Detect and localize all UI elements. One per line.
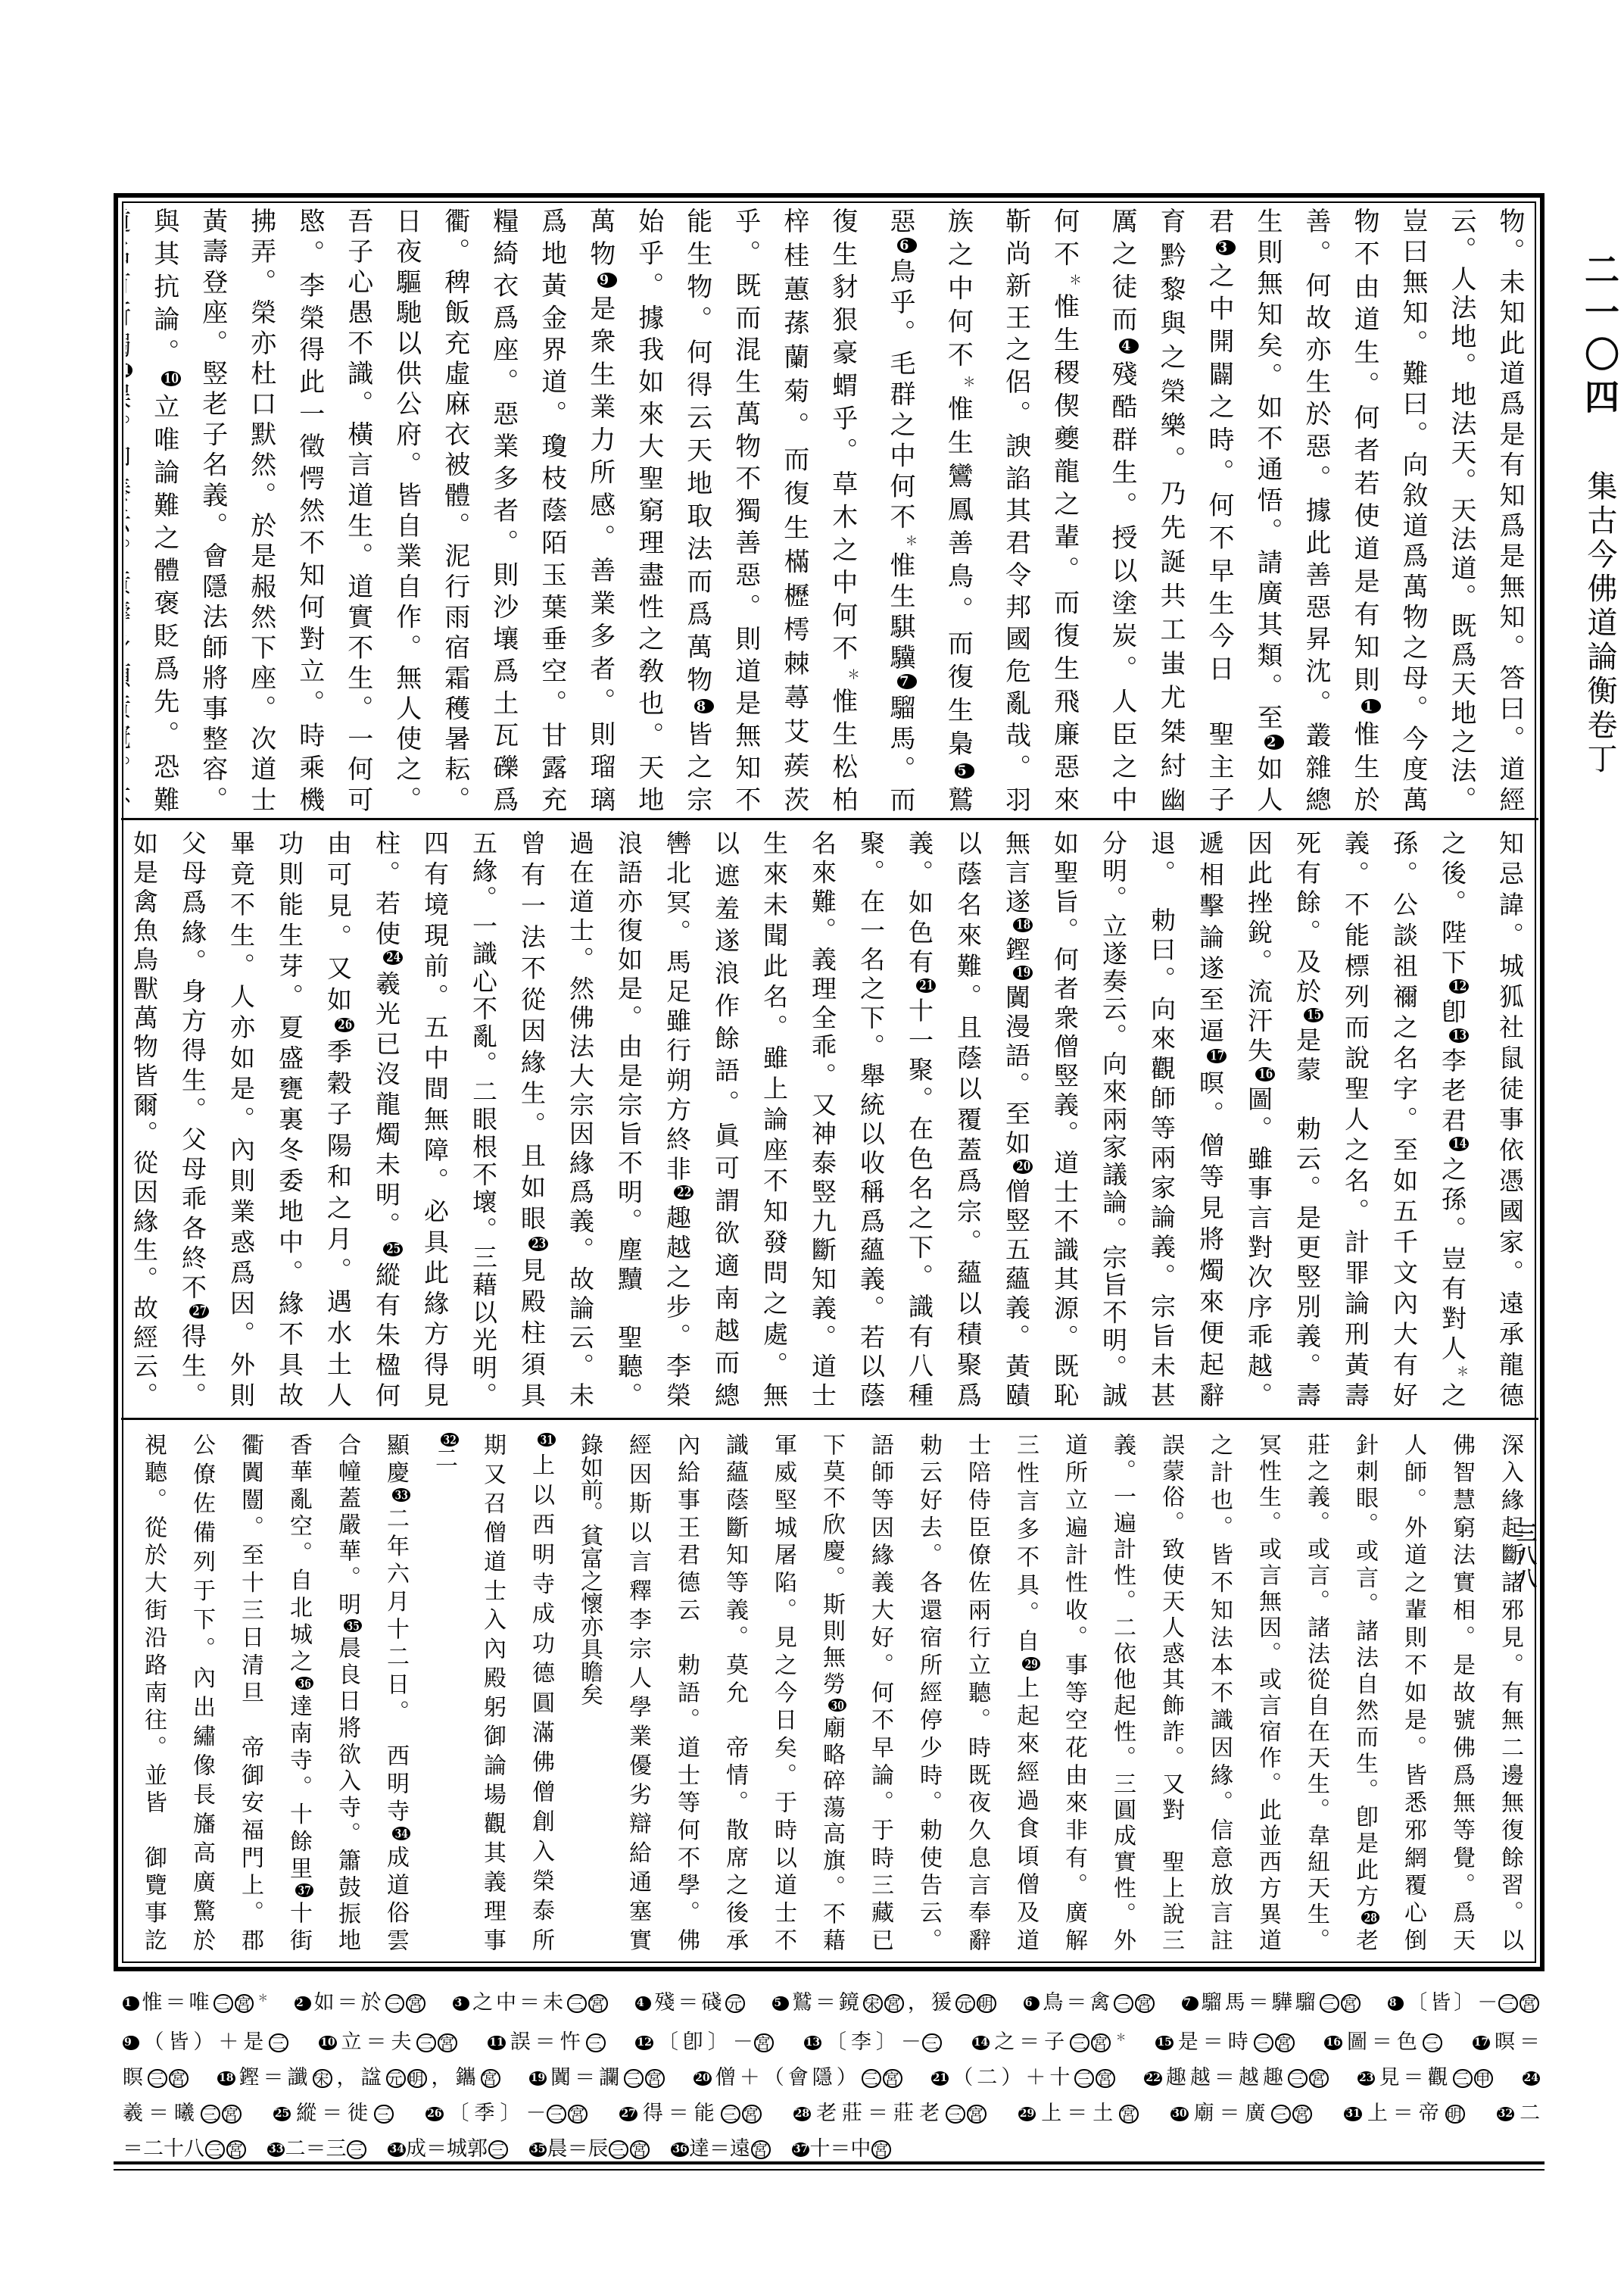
footnote-marker: 15 bbox=[1155, 2036, 1174, 2051]
edition-siglum: 宮 bbox=[222, 2105, 242, 2124]
edition-siglum: 三 bbox=[624, 2069, 644, 2089]
text-column: 顯慶33二年六月十二日。 西明寺34成道俗雲 bbox=[371, 1433, 419, 1951]
text-column: 爲地黃金界道。瓊枝蔭陌玉葉垂空。甘露充 bbox=[528, 208, 576, 812]
footnote-marker: 37 bbox=[792, 2142, 810, 2158]
edition-siglum: 明 bbox=[977, 1994, 996, 2014]
text-column: 經因斯以言釋李宗人學業優劣辯給通塞實 bbox=[613, 1433, 662, 1951]
bottom-rule-inner bbox=[114, 2169, 1545, 2171]
footnote-marker: 23 bbox=[1357, 2071, 1376, 2086]
edition-siglum: 三 bbox=[946, 2105, 965, 2124]
text-column: 復生豺狠豪蝟乎。草木之中何不＊惟生松柏 bbox=[818, 208, 876, 812]
text-column: 聚。在一名之下。舉統以收稱爲蘊義。若以蔭 bbox=[846, 830, 895, 1407]
edition-siglum: 三 bbox=[1114, 1994, 1133, 2014]
footnote-marker: 12 bbox=[635, 2036, 653, 2051]
text-column: 曾有一法不從因緣生。且如眼23見殿柱須具 bbox=[507, 830, 556, 1407]
text-column: 冥性生。或言無因。或言宿作。此並西方異道 bbox=[1243, 1433, 1292, 1951]
edition-siglum: 甲 bbox=[1474, 2069, 1494, 2089]
footnote-line: 9（皆）＋是三 10立＝夫三宮 11誤＝忤三 12〔卽〕－宮 13〔李〕－三 1… bbox=[123, 2021, 1540, 2060]
text-column: 深入緣起斷諸邪見。有無二邊無復餘習。以 bbox=[1485, 1433, 1534, 1951]
text-column: 柱。若使24羲光已沒龍燭未明。25縱有朱楹何 bbox=[362, 830, 410, 1407]
footnote-marker: 36 bbox=[671, 2142, 689, 2158]
text-column: 日夜驅馳以供公府。皆自業自作。無人使之。 bbox=[382, 208, 431, 812]
text-column: 以蔭名來難。且蔭以覆蓋爲宗。蘊以積聚爲 bbox=[943, 830, 992, 1407]
edition-siglum: 三 bbox=[205, 2140, 225, 2160]
text-column: 物不由道生。何者若使道是有知則1惟生於 bbox=[1340, 208, 1389, 812]
edition-siglum: 三 bbox=[1074, 2069, 1094, 2089]
edition-siglum: 三 bbox=[214, 1994, 233, 2014]
edition-siglum: 三 bbox=[1423, 2033, 1442, 2053]
edition-siglum: 宮 bbox=[1135, 1994, 1155, 2014]
edition-siglum: 宮 bbox=[169, 2069, 189, 2089]
text-column: 31上以西明寺成功德圓滿佛僧創入榮泰所 bbox=[516, 1433, 565, 1951]
register-middle: 知忌諱。城狐社鼠徒事依憑國家。遠承龍德之後。陛下12卽13李老君14之孫。豈有對… bbox=[126, 830, 1534, 1407]
footnote-marker: 22 bbox=[1144, 2071, 1162, 2086]
footnote-marker: 8 bbox=[1388, 1996, 1404, 2011]
text-column: 能生物。何得云天地取法而爲萬物8皆之宗 bbox=[673, 208, 722, 812]
edition-siglum: 三 bbox=[488, 2140, 508, 2160]
footnote-marker: 29 bbox=[1022, 1657, 1040, 1671]
footnotes: 1惟＝唯三宮＊ 2如＝於三宮 3之中＝未三宮 4殘＝碊元 5鷲＝鏡宋宮，猨元明 … bbox=[123, 1981, 1540, 2167]
text-column: 誤蒙俗。致使天人惑其飾詐。又對 聖上說三 bbox=[1146, 1433, 1195, 1951]
asterisk-mark: ＊ bbox=[960, 375, 975, 395]
footnote-marker: 31 bbox=[1344, 2107, 1362, 2122]
text-column: 功則能生芽。夏盛甕裏冬委地中。緣不具故 bbox=[265, 830, 313, 1407]
edition-siglum: 三 bbox=[269, 2033, 288, 2053]
footnote-marker: 21 bbox=[931, 2071, 949, 2086]
footnote-marker: 27 bbox=[619, 2107, 637, 2122]
text-column: 知忌諱。城狐社鼠徒事依憑國家。遠承龍德 bbox=[1485, 830, 1534, 1407]
footnote-marker: 9 bbox=[123, 2036, 139, 2051]
text-column: 分明。立遂奏云。向來兩家議論。宗旨不明。誠 bbox=[1089, 830, 1137, 1407]
text-column: 義。如色有21十一聚。在色名之下。識有八種 bbox=[895, 830, 943, 1407]
footnote-marker: 31 bbox=[538, 1433, 556, 1447]
footnote-marker: 14 bbox=[972, 2036, 990, 2051]
edition-siglum: 三 bbox=[547, 2105, 566, 2124]
edition-siglum: 宮 bbox=[742, 2105, 762, 2124]
text-column: 轡北冥。馬足雖行朔方終非22趣越之步。李榮 bbox=[653, 830, 701, 1407]
footnote-marker: 27 bbox=[189, 1304, 208, 1319]
text-column: 何不＊惟生稷偰夔龍之輩。而復生飛廉惡來 bbox=[1040, 208, 1098, 812]
edition-siglum: 宮 bbox=[481, 2069, 500, 2089]
edition-siglum: 三 bbox=[1254, 2033, 1273, 2053]
asterisk-mark: ＊ bbox=[1454, 1365, 1469, 1382]
footnote-marker: 32 bbox=[1497, 2107, 1515, 2122]
text-column: 拂弄。榮亦杜口默然。於是赧然下座。次道士 bbox=[237, 208, 285, 812]
edition-siglum: 三 bbox=[862, 2069, 881, 2089]
edition-siglum: 三 bbox=[1320, 1994, 1339, 2014]
edition-siglum: 宮 bbox=[1520, 1994, 1539, 2014]
text-column: 道所立遍計性收。事等空花由來非有。廣解 bbox=[1049, 1433, 1098, 1951]
footnote-marker: 1 bbox=[123, 1996, 139, 2011]
text-column: 義。一遍計性。二依他起性。三圓成實性。外 bbox=[1098, 1433, 1146, 1951]
text-column: 之計也。皆不知法本不識因緣。信意放言註 bbox=[1195, 1433, 1243, 1951]
text-column: 視聽。從於大街沿路南往。並皆 御覽事訖 bbox=[129, 1433, 177, 1951]
footnote-marker: 28 bbox=[793, 2107, 812, 2122]
folio-number: 三八八 bbox=[1510, 1522, 1539, 1590]
edition-siglum: 宮 bbox=[568, 2105, 588, 2124]
edition-siglum: 元 bbox=[725, 1994, 745, 2014]
edition-siglum: 宮 bbox=[235, 1994, 254, 2014]
edition-siglum: 元 bbox=[955, 1994, 975, 2014]
text-column: 孫。公談祖禰之名字。至如五千文內大有好 bbox=[1379, 830, 1428, 1407]
edition-siglum: 宮 bbox=[226, 2140, 246, 2160]
text-column: 軍威堅城屠陷。見之今日矣。于時以道士不 bbox=[759, 1433, 807, 1951]
footnote-marker: 23 bbox=[528, 1237, 547, 1251]
footnote-marker: 30 bbox=[828, 1699, 846, 1712]
footnote-marker: 24 bbox=[1523, 2071, 1541, 2086]
text-column: 過在道士。然佛法大宗因緣爲義。故論云。未 bbox=[556, 830, 604, 1407]
text-column: 名來難。義理全乖。又神泰竪九斷知義。道士 bbox=[798, 830, 846, 1407]
footnote-marker: 18 bbox=[1013, 918, 1032, 932]
text-column: 期又召僧道士入內殿躬御論場觀其義理事 bbox=[468, 1433, 516, 1951]
edition-siglum: 宮 bbox=[883, 2069, 902, 2089]
footnote-marker: 2 bbox=[295, 1996, 311, 2011]
text-column: 退。 勅曰。向來觀師等兩家論義。宗旨未甚 bbox=[1137, 830, 1186, 1407]
text-column: 族之中何不＊惟生鸞鳳善鳥。而復生梟5鷲 bbox=[934, 208, 991, 812]
asterisk-mark: ＊ bbox=[1111, 2032, 1130, 2044]
footnote-marker: 6 bbox=[1024, 1996, 1040, 2011]
text-number: 二一〇四 bbox=[1579, 251, 1620, 421]
footnote-line: 瞑三宮 18鏗＝讖宋，諡元明，鑴宮 19闐＝讕三宮 20僧＋（會隱）三宮 21（… bbox=[123, 2060, 1540, 2096]
footnote-marker: 4 bbox=[635, 1996, 652, 2011]
edition-siglum: 宮 bbox=[1309, 2069, 1329, 2089]
text-column: 衢闐闓。至十三日清旦 帝御安福門上。郡 bbox=[226, 1433, 274, 1951]
footnote-marker: 11 bbox=[126, 363, 132, 378]
text-column: 義。不能標列而說聖人之名。計罪論刑黃壽 bbox=[1331, 830, 1379, 1407]
footnote-marker: 10 bbox=[319, 2036, 337, 2051]
edition-siglum: 宮 bbox=[967, 2105, 987, 2124]
text-column: 善。何故亦生於惡。據此善惡昇沈。叢雜總 bbox=[1292, 208, 1340, 812]
text-column: 語師等因緣義大好。何不早論。于時三藏已 bbox=[856, 1433, 904, 1951]
footnote-marker: 2 bbox=[1264, 735, 1284, 750]
text-column: 乎。既而混生萬物不獨善惡。則道是無知不 bbox=[722, 208, 770, 812]
footnote-line: 1惟＝唯三宮＊ 2如＝於三宮 3之中＝未三宮 4殘＝碊元 5鷲＝鏡宋宮，猨元明 … bbox=[123, 1981, 1540, 2021]
text-column: 三性言多不具。自29上起來經過食頃僧及道 bbox=[1001, 1433, 1049, 1951]
footnote-marker: 32 bbox=[441, 1433, 459, 1447]
text-column: 惡6鳥乎。毛群之中何不＊惟生騏驥7騮馬。而 bbox=[876, 208, 934, 812]
edition-siglum: 明 bbox=[407, 2069, 427, 2089]
edition-siglum: 三 bbox=[609, 2140, 628, 2160]
edition-siglum: 明 bbox=[1445, 2105, 1465, 2124]
edition-siglum: 三 bbox=[1453, 2069, 1473, 2089]
edition-siglum: 三 bbox=[416, 2033, 436, 2053]
edition-siglum: 元 bbox=[386, 2069, 406, 2089]
footnote-marker: 33 bbox=[267, 2142, 285, 2158]
footnote-marker: 11 bbox=[488, 2036, 506, 2051]
text-column: 下莫不欣慶。斯則無勞30廟略碎蕩高旗。不藉 bbox=[807, 1433, 856, 1951]
edition-siglum: 三 bbox=[1271, 2105, 1291, 2124]
footnote-marker: 28 bbox=[1361, 1911, 1379, 1924]
text-column: 遞相擊論遂至逼17暝。僧等見將燭來便起辭 bbox=[1186, 830, 1234, 1407]
text-column: 浪語亦復如是。由是宗旨不明。塵黷 聖聽。 bbox=[604, 830, 653, 1407]
text-column: 梓桂蕙蓀蘭菊。而復生樠櫪樗棘蕁艾蒺茨 bbox=[770, 208, 818, 812]
edition-siglum: 宮 bbox=[630, 2140, 650, 2160]
text-column: 合幢蓋嚴華。明35晨良日將欲入寺。簫鼓振地 bbox=[323, 1433, 371, 1951]
footnote-marker: 5 bbox=[955, 763, 974, 779]
edition-siglum: 宮 bbox=[1091, 2033, 1111, 2053]
footnote-marker: 3 bbox=[453, 1996, 469, 2011]
footnote-marker: 17 bbox=[1207, 1049, 1226, 1063]
footnote-marker: 1 bbox=[1361, 699, 1381, 714]
text-column: 士陪侍臣僚佐兩行立聽。時既夜久息言奉辭 bbox=[952, 1433, 1001, 1951]
edition-siglum: 三 bbox=[567, 1994, 587, 2014]
edition-siglum: 宋 bbox=[863, 1994, 883, 2014]
footnote-marker: 16 bbox=[1255, 1067, 1274, 1081]
footnote-marker: 8 bbox=[694, 699, 714, 714]
asterisk-mark: ＊ bbox=[844, 667, 859, 687]
footnote-marker: 24 bbox=[383, 950, 402, 965]
edition-siglum: 宮 bbox=[751, 2140, 771, 2160]
text-column: 錄如前。貧富之懷亦具瞻矣 bbox=[565, 1433, 613, 1951]
text-column: 衢。稗飯充虛麻衣被體。泥行雨宿霜穫暑耘。 bbox=[431, 208, 479, 812]
asterisk-mark: ＊ bbox=[1066, 273, 1081, 293]
text-column: 佛智慧窮法實相。是故號佛爲無等覺。爲天 bbox=[1437, 1433, 1485, 1951]
footnote-marker: 6 bbox=[897, 238, 917, 253]
footnote-marker: 35 bbox=[344, 1619, 362, 1633]
edition-siglum: 三 bbox=[385, 1994, 405, 2014]
footnote-marker: 5 bbox=[772, 1996, 789, 2011]
text-column: 如聖旨。何者衆僧竪義。道士不識其源。既恥 bbox=[1040, 830, 1089, 1407]
text-column: 糧綺衣爲座。惡業多者。則沙壤爲土瓦礫爲 bbox=[479, 208, 528, 812]
footnote-marker: 26 bbox=[425, 2107, 444, 2122]
text-column: 生則無知矣。如不通悟。請廣其類。至2如人 bbox=[1243, 208, 1292, 812]
edition-siglum: 三 bbox=[347, 2140, 366, 2160]
footnote-marker: 30 bbox=[1170, 2107, 1189, 2122]
edition-siglum: 三 bbox=[721, 2105, 740, 2124]
text-column: 始乎。據我如來大聖窮理盡性之敎也。天地 bbox=[625, 208, 673, 812]
footnote-marker: 7 bbox=[1182, 1996, 1199, 2011]
text-column: 道名有所觸11誤。卽奏云。黃壽身預黃冠。不 bbox=[126, 208, 140, 812]
text-column: 君3之中開闢之時。何不早生今日 聖主子 bbox=[1195, 208, 1243, 812]
edition-siglum: 三 bbox=[1498, 1994, 1518, 2014]
text-column: 由可見。又如26季穀子陽和之月。遇水土人 bbox=[313, 830, 362, 1407]
footnote-marker: 36 bbox=[295, 1677, 313, 1690]
footnote-marker: 10 bbox=[161, 371, 181, 386]
text-column: 針刺眼。或言。諸法自然而生。卽是此方28老 bbox=[1340, 1433, 1389, 1951]
text-column: 黃壽登座。竪老子名義。會隱法師將事整容。 bbox=[189, 208, 237, 812]
edition-siglum: 宮 bbox=[871, 2140, 891, 2160]
edition-siglum: 宮 bbox=[1096, 2069, 1115, 2089]
edition-siglum: 三 bbox=[922, 2033, 942, 2053]
text-column: 云。人法地。地法天。天法道。既爲天地之法。 bbox=[1437, 208, 1485, 812]
text-column: 父母爲緣。身方得生。父母乖各終不27得生。 bbox=[168, 830, 217, 1407]
edition-siglum: 宮 bbox=[645, 2069, 665, 2089]
edition-siglum: 宮 bbox=[1341, 1994, 1361, 2014]
edition-siglum: 宮 bbox=[1292, 2105, 1312, 2124]
footnote-marker: 35 bbox=[529, 2142, 547, 2158]
text-column: 香華亂空。自北城之36達南寺。十餘里37十街 bbox=[274, 1433, 323, 1951]
text-column: 之後。陛下12卽13李老君14之孫。豈有對人＊之 bbox=[1428, 830, 1485, 1407]
text-column: 如是禽魚鳥獸萬物皆爾。從因緣生。故經云。 bbox=[126, 830, 168, 1407]
edition-siglum: 宮 bbox=[1119, 2105, 1139, 2124]
footnote-marker: 26 bbox=[335, 1018, 354, 1032]
text-column: 人師。外道之輩則不如是。皆悉邪網覆心倒 bbox=[1389, 1433, 1437, 1951]
footnote-marker: 19 bbox=[529, 2071, 547, 2086]
text-column: 死有餘。及於15是蒙 勅云。是更竪別義。壽 bbox=[1283, 830, 1331, 1407]
footnote-marker: 13 bbox=[804, 2036, 822, 2051]
edition-siglum: 宮 bbox=[884, 1994, 904, 2014]
footnote-marker: 3 bbox=[1216, 240, 1236, 255]
text-column: 32二 bbox=[419, 1433, 468, 1951]
footnote-marker: 34 bbox=[392, 1827, 410, 1840]
edition-siglum: 三 bbox=[1288, 2069, 1308, 2089]
text-column: 豈曰無知。難曰。向敘道爲萬物之母。今度萬 bbox=[1389, 208, 1437, 812]
text-column: 畢竟不生。人亦如是。內則業惑爲因。外則 bbox=[217, 830, 265, 1407]
footnote-marker: 20 bbox=[1013, 1159, 1032, 1174]
register-bottom: 深入緣起斷諸邪見。有無二邊無復餘習。以佛智慧窮法實相。是故號佛爲無等覺。爲天人師… bbox=[126, 1433, 1534, 1951]
edition-siglum: 宮 bbox=[1275, 2033, 1295, 2053]
footnote-marker: 29 bbox=[1018, 2107, 1036, 2122]
footnote-marker: 7 bbox=[897, 674, 917, 689]
register-divider bbox=[121, 818, 1538, 820]
edition-siglum: 宋 bbox=[313, 2069, 332, 2089]
footnote-marker: 19 bbox=[1013, 966, 1032, 980]
text-column: 莊之義。或言。諸法從自在天生。韋紐天生。 bbox=[1292, 1433, 1340, 1951]
text-column: 育黔黎與之榮樂。乃先誕共工蚩尤桀紂幽 bbox=[1146, 208, 1195, 812]
text-column: 愍。李榮得此一徵愕然不知何對立。時乘機 bbox=[285, 208, 334, 812]
text-column: 以遮羞遂浪作餘語。眞可謂欲適南越而總 bbox=[701, 830, 750, 1407]
text-column: 識蘊蔭斷知等義。莫允 帝情。散席之後承 bbox=[710, 1433, 759, 1951]
edition-siglum: 宮 bbox=[406, 1994, 425, 2014]
text-column: 無言遂18鏗19闐漫語。至如20僧竪五蘊義。黃賾 bbox=[992, 830, 1040, 1407]
text-column: 與其抗論。10立唯論難之體褒貶爲先。恐難 bbox=[140, 208, 189, 812]
scanned-canon-page: 物。未知此道爲是有知爲是無知。答曰。道經云。人法地。地法天。天法道。既爲天地之法… bbox=[0, 0, 1624, 2272]
footnote-marker: 14 bbox=[1449, 1137, 1468, 1151]
footnote-marker: 34 bbox=[388, 2142, 406, 2158]
text-column: 吾子心愚不識。橫言道生。道實不生。一何可 bbox=[334, 208, 382, 812]
footnote-marker: 21 bbox=[916, 978, 935, 993]
edition-siglum: 三 bbox=[148, 2069, 167, 2089]
footnote-marker: 33 bbox=[392, 1488, 410, 1502]
edition-siglum: 宮 bbox=[754, 2033, 774, 2053]
edition-siglum: 三 bbox=[1070, 2033, 1089, 2053]
text-column: 物。未知此道爲是有知爲是無知。答曰。道經 bbox=[1485, 208, 1534, 812]
text-column: 內給事王君德云 勅語。道士等何不學。佛 bbox=[662, 1433, 710, 1951]
bottom-rule bbox=[114, 2161, 1545, 2164]
footnote-marker: 18 bbox=[217, 2071, 235, 2086]
edition-siglum: 三 bbox=[586, 2033, 606, 2053]
footnote-marker: 13 bbox=[1449, 1028, 1468, 1043]
footnote-marker: 9 bbox=[597, 273, 617, 288]
text-column: 生來未聞此名。雖上論座不知發問之處。無 bbox=[750, 830, 798, 1407]
text-column: 五緣。一識心不亂。二眼根不壞。三藉以光明。 bbox=[459, 830, 507, 1407]
footnote-marker: 16 bbox=[1324, 2036, 1342, 2051]
text-column: 因此挫銳。流汗失16圖。雖事言對次序乖越。 bbox=[1234, 830, 1283, 1407]
margin-header: 二一〇四 集古今佛道論衡卷丁 bbox=[1575, 251, 1624, 1236]
volume-title: 集古今佛道論衡卷丁 bbox=[1582, 425, 1617, 777]
edition-siglum: 宮 bbox=[588, 1994, 608, 2014]
edition-siglum: 三 bbox=[374, 2105, 394, 2124]
text-column: 萬物9是衆生業力所感。善業多者。則瑠璃 bbox=[576, 208, 625, 812]
text-column: 公僚佐備列于下。內出繡像長旛高廣驚於 bbox=[177, 1433, 226, 1951]
register-divider bbox=[121, 1418, 1538, 1420]
text-column: 四有境現前。五中間無障。必具此緣方得見 bbox=[410, 830, 459, 1407]
asterisk-mark: ＊ bbox=[902, 534, 917, 551]
edition-siglum: 宮 bbox=[438, 2033, 457, 2053]
text-column: 靳尚新王之侶。諛諂其君令邦國危亂哉。羽 bbox=[992, 208, 1040, 812]
footnote-marker: 12 bbox=[1449, 979, 1468, 994]
footnote-marker: 22 bbox=[674, 1185, 693, 1200]
footnote-marker: 20 bbox=[694, 2071, 712, 2086]
footnote-marker: 25 bbox=[383, 1242, 402, 1256]
footnote-line: 羲＝曦三宮 25縱＝徙三 26〔季〕－三宮 27得＝能三宮 28老莊＝莊老三宮 … bbox=[123, 2096, 1540, 2131]
text-column: 勅云好去。各還宿所經停少時。勅使告云。 bbox=[904, 1433, 952, 1951]
footnote-marker: 37 bbox=[295, 1883, 313, 1897]
footnote-marker: 4 bbox=[1119, 339, 1139, 354]
register-top: 物。未知此道爲是有知爲是無知。答曰。道經云。人法地。地法天。天法道。既爲天地之法… bbox=[126, 208, 1534, 812]
footnote-marker: 25 bbox=[273, 2107, 291, 2122]
asterisk-mark: ＊ bbox=[254, 1993, 271, 2005]
text-column: 厲之徒而4殘酷群生。授以塗炭。人臣之中 bbox=[1098, 208, 1146, 812]
footnote-marker: 17 bbox=[1473, 2036, 1491, 2051]
footnote-marker: 15 bbox=[1304, 1008, 1323, 1022]
edition-siglum: 三 bbox=[201, 2105, 220, 2124]
